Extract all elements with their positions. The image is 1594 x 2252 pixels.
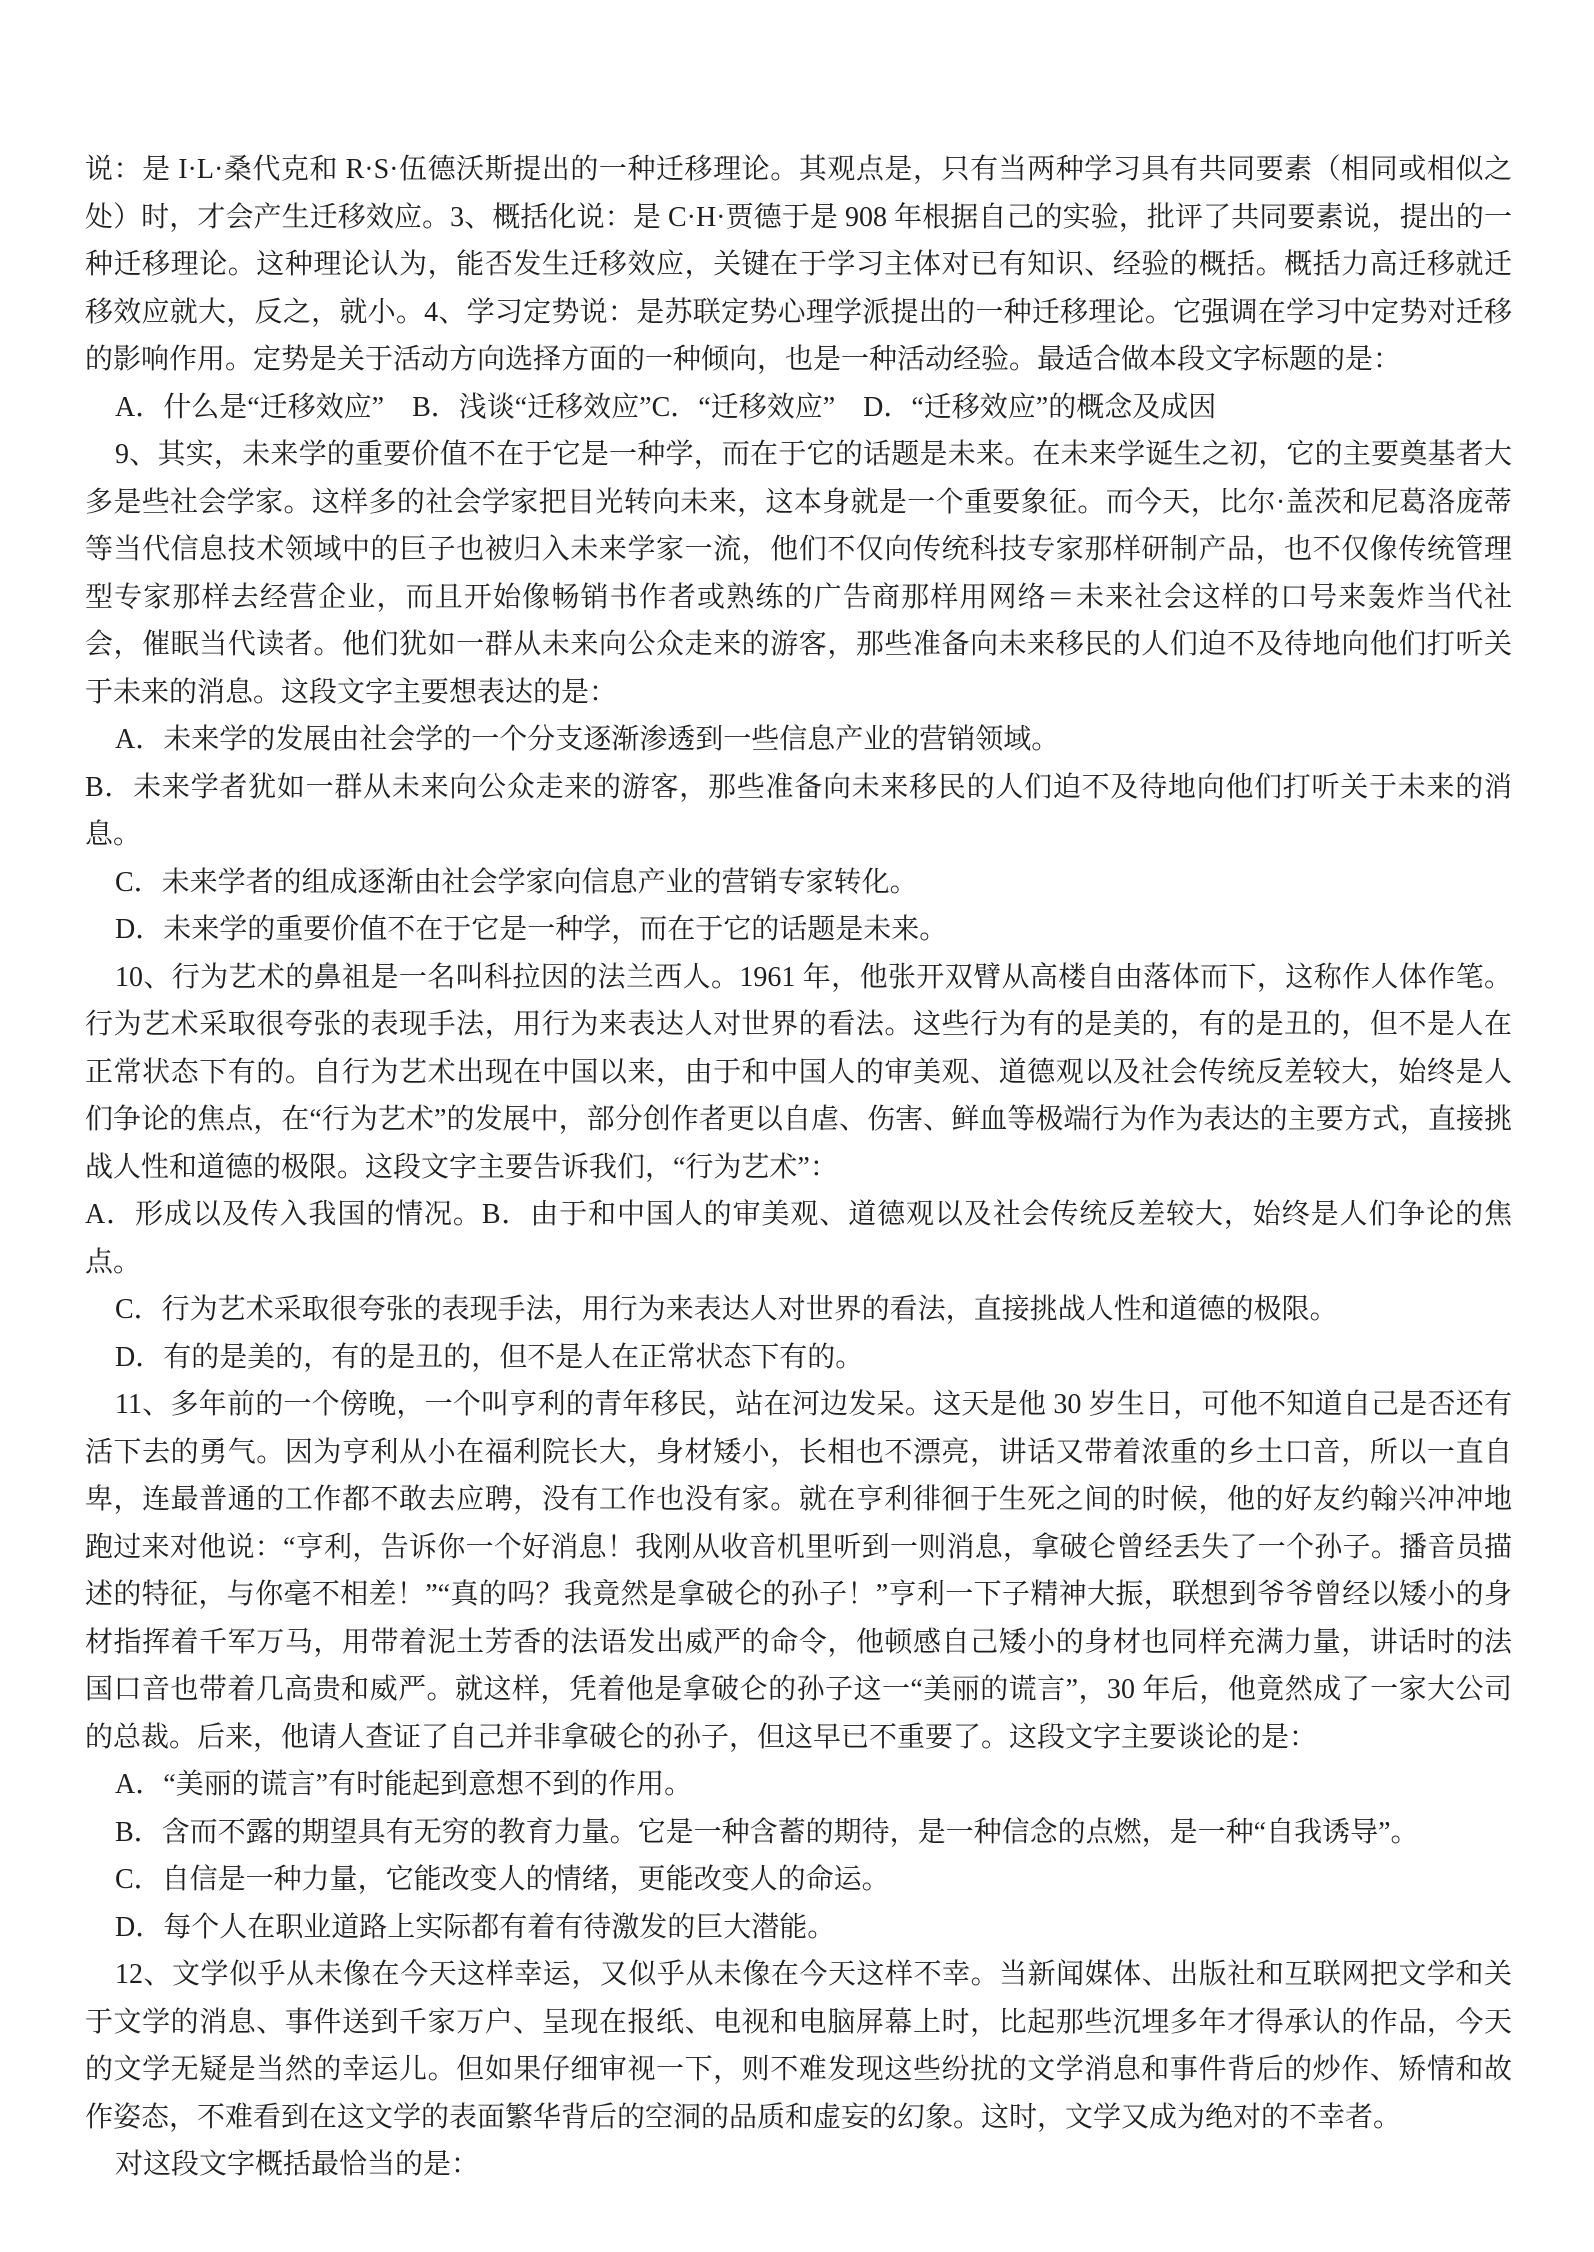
question-10-passage: 10、行为艺术的鼻祖是一名叫科拉因的法兰西人。1961 年，他张开双臂从高楼自由… xyxy=(85,954,1512,1192)
question-12-prompt: 对这段文字概括最恰当的是： xyxy=(85,2141,1512,2189)
question-9-option-d: D．未来学的重要价值不在于它是一种学，而在于它的话题是未来。 xyxy=(85,906,1512,954)
transfer-theory-passage-continuation: 说：是 I·L·桑代克和 R·S·伍德沃斯提出的一种迁移理论。其观点是，只有当两… xyxy=(85,146,1512,384)
question-11-option-c: C．自信是一种力量，它能改变人的情绪，更能改变人的命运。 xyxy=(85,1856,1512,1904)
question-9-option-b: B．未来学者犹如一群从未来向公众走来的游客，那些准备向未来移民的人们迫不及待地向… xyxy=(85,764,1512,859)
question-12-passage: 12、文学似乎从未像在今天这样幸运，又似乎从未像在今天这样不幸。当新闻媒体、出版… xyxy=(85,1951,1512,2141)
question-11-passage: 11、多年前的一个傍晚，一个叫亨利的青年移民，站在河边发呆。这天是他 30 岁生… xyxy=(85,1381,1512,1761)
transfer-effect-options-line: A．什么是“迁移效应” B．浅谈“迁移效应”C．“迁移效应” D．“迁移效应”的… xyxy=(85,384,1512,432)
question-9-option-c: C．未来学者的组成逐渐由社会学家向信息产业的营销专家转化。 xyxy=(85,859,1512,907)
question-10-options-a-b: A．形成以及传入我国的情况。B．由于和中国人的审美观、道德观以及社会传统反差较大… xyxy=(85,1191,1512,1286)
document-page: 说：是 I·L·桑代克和 R·S·伍德沃斯提出的一种迁移理论。其观点是，只有当两… xyxy=(0,0,1594,2252)
question-9-passage: 9、其实，未来学的重要价值不在于它是一种学，而在于它的话题是未来。在未来学诞生之… xyxy=(85,431,1512,716)
question-11-option-a: A．“美丽的谎言”有时能起到意想不到的作用。 xyxy=(85,1761,1512,1809)
question-10-option-d: D．有的是美的，有的是丑的，但不是人在正常状态下有的。 xyxy=(85,1334,1512,1382)
question-11-option-d: D．每个人在职业道路上实际都有着有待激发的巨大潜能。 xyxy=(85,1904,1512,1952)
question-10-option-c: C．行为艺术采取很夸张的表现手法，用行为来表达人对世界的看法，直接挑战人性和道德… xyxy=(85,1286,1512,1334)
question-9-option-a: A．未来学的发展由社会学的一个分支逐渐渗透到一些信息产业的营销领域。 xyxy=(85,716,1512,764)
question-11-option-b: B．含而不露的期望具有无穷的教育力量。它是一种含蓄的期待，是一种信念的点燃，是一… xyxy=(85,1809,1512,1857)
